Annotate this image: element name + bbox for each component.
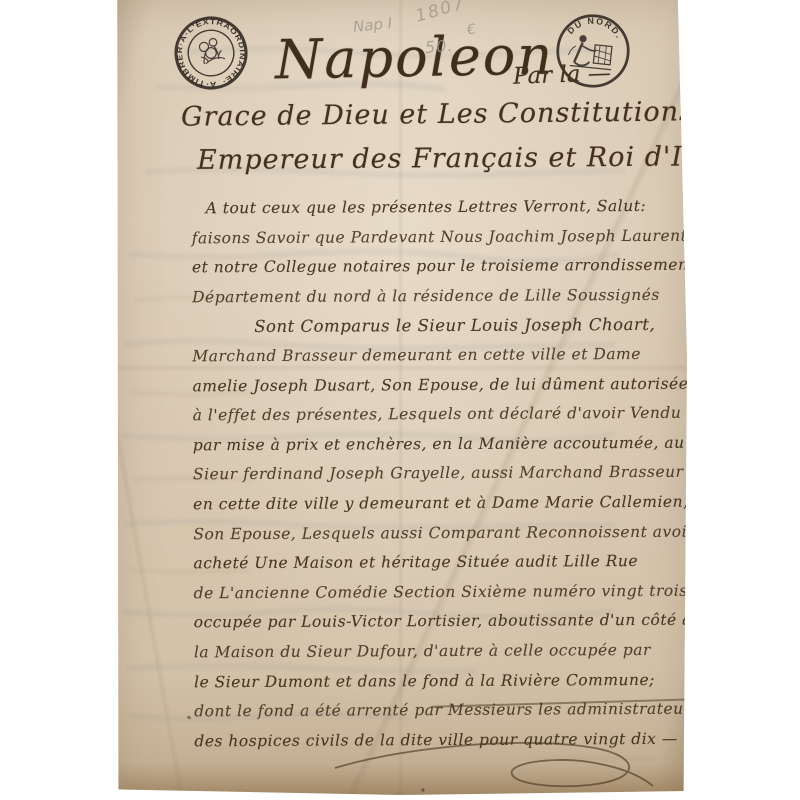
manuscript-body: A tout ceux que les présentes Lettres Ve… xyxy=(192,192,695,757)
manuscript-line: amelie Joseph Dusart, Son Epouse, de lui… xyxy=(192,369,692,401)
heading-line-2: Grace de Dieu et Les Constitutions xyxy=(181,96,694,132)
manuscript-line: le Sieur Dumont et dans le fond à la Riv… xyxy=(194,665,694,697)
manuscript-line: et notre Collegue notaires pour le trois… xyxy=(192,251,692,283)
manuscript-line: Son Epouse, Lesquels aussi Comparant Rec… xyxy=(193,517,693,549)
manuscript-line: faisons Savoir que Pardevant Nous Joachi… xyxy=(192,221,692,253)
manuscript-line: A tout ceux que les présentes Lettres Ve… xyxy=(192,192,692,224)
manuscript-line: de L'ancienne Comédie Section Sixième nu… xyxy=(194,576,694,608)
manuscript-line: acheté Une Maison et héritage Située aud… xyxy=(193,547,693,579)
flower-emblem-icon xyxy=(197,37,225,65)
manuscript-paper: A·TIMBRER·A·L'EXTRAORDINAIRE· DU NORD. xyxy=(115,0,687,795)
manuscript-line: Sieur ferdinand Joseph Grayelle, aussi M… xyxy=(193,458,693,490)
manuscript-line: la Maison du Sieur Dufour, d'autre à cel… xyxy=(194,636,694,668)
manuscript-line: en cette dite ville y demeurant et à Dam… xyxy=(193,488,693,520)
manuscript-line: Département du nord à la résidence de Li… xyxy=(192,280,692,312)
manuscript-line: Sont Comparus le Sieur Louis Joseph Choa… xyxy=(192,310,692,342)
heading-par-la: Par la — xyxy=(513,60,612,89)
stamp-circular-text: A·TIMBRER·A·L'EXTRAORDINAIRE· xyxy=(167,9,254,96)
manuscript-line: par mise à prix et enchères, en la Maniè… xyxy=(193,428,693,460)
heading-line-3: Empereur des Français et Roi d'Italie xyxy=(197,141,748,176)
svg-text:A·TIMBRER·A·L'EXTRAORDINAIRE·: A·TIMBRER·A·L'EXTRAORDINAIRE· xyxy=(167,9,254,96)
manuscript-line: occupée par Louis-Victor Lortisier, abou… xyxy=(194,606,694,638)
manuscript-line: Marchand Brasseur demeurant en cette vil… xyxy=(192,340,692,372)
signature-flourish xyxy=(327,734,657,796)
manuscript-line: à l'effet des présentes, Lesquels ont dé… xyxy=(193,399,693,431)
pencil-note-price: 50. xyxy=(424,36,454,57)
